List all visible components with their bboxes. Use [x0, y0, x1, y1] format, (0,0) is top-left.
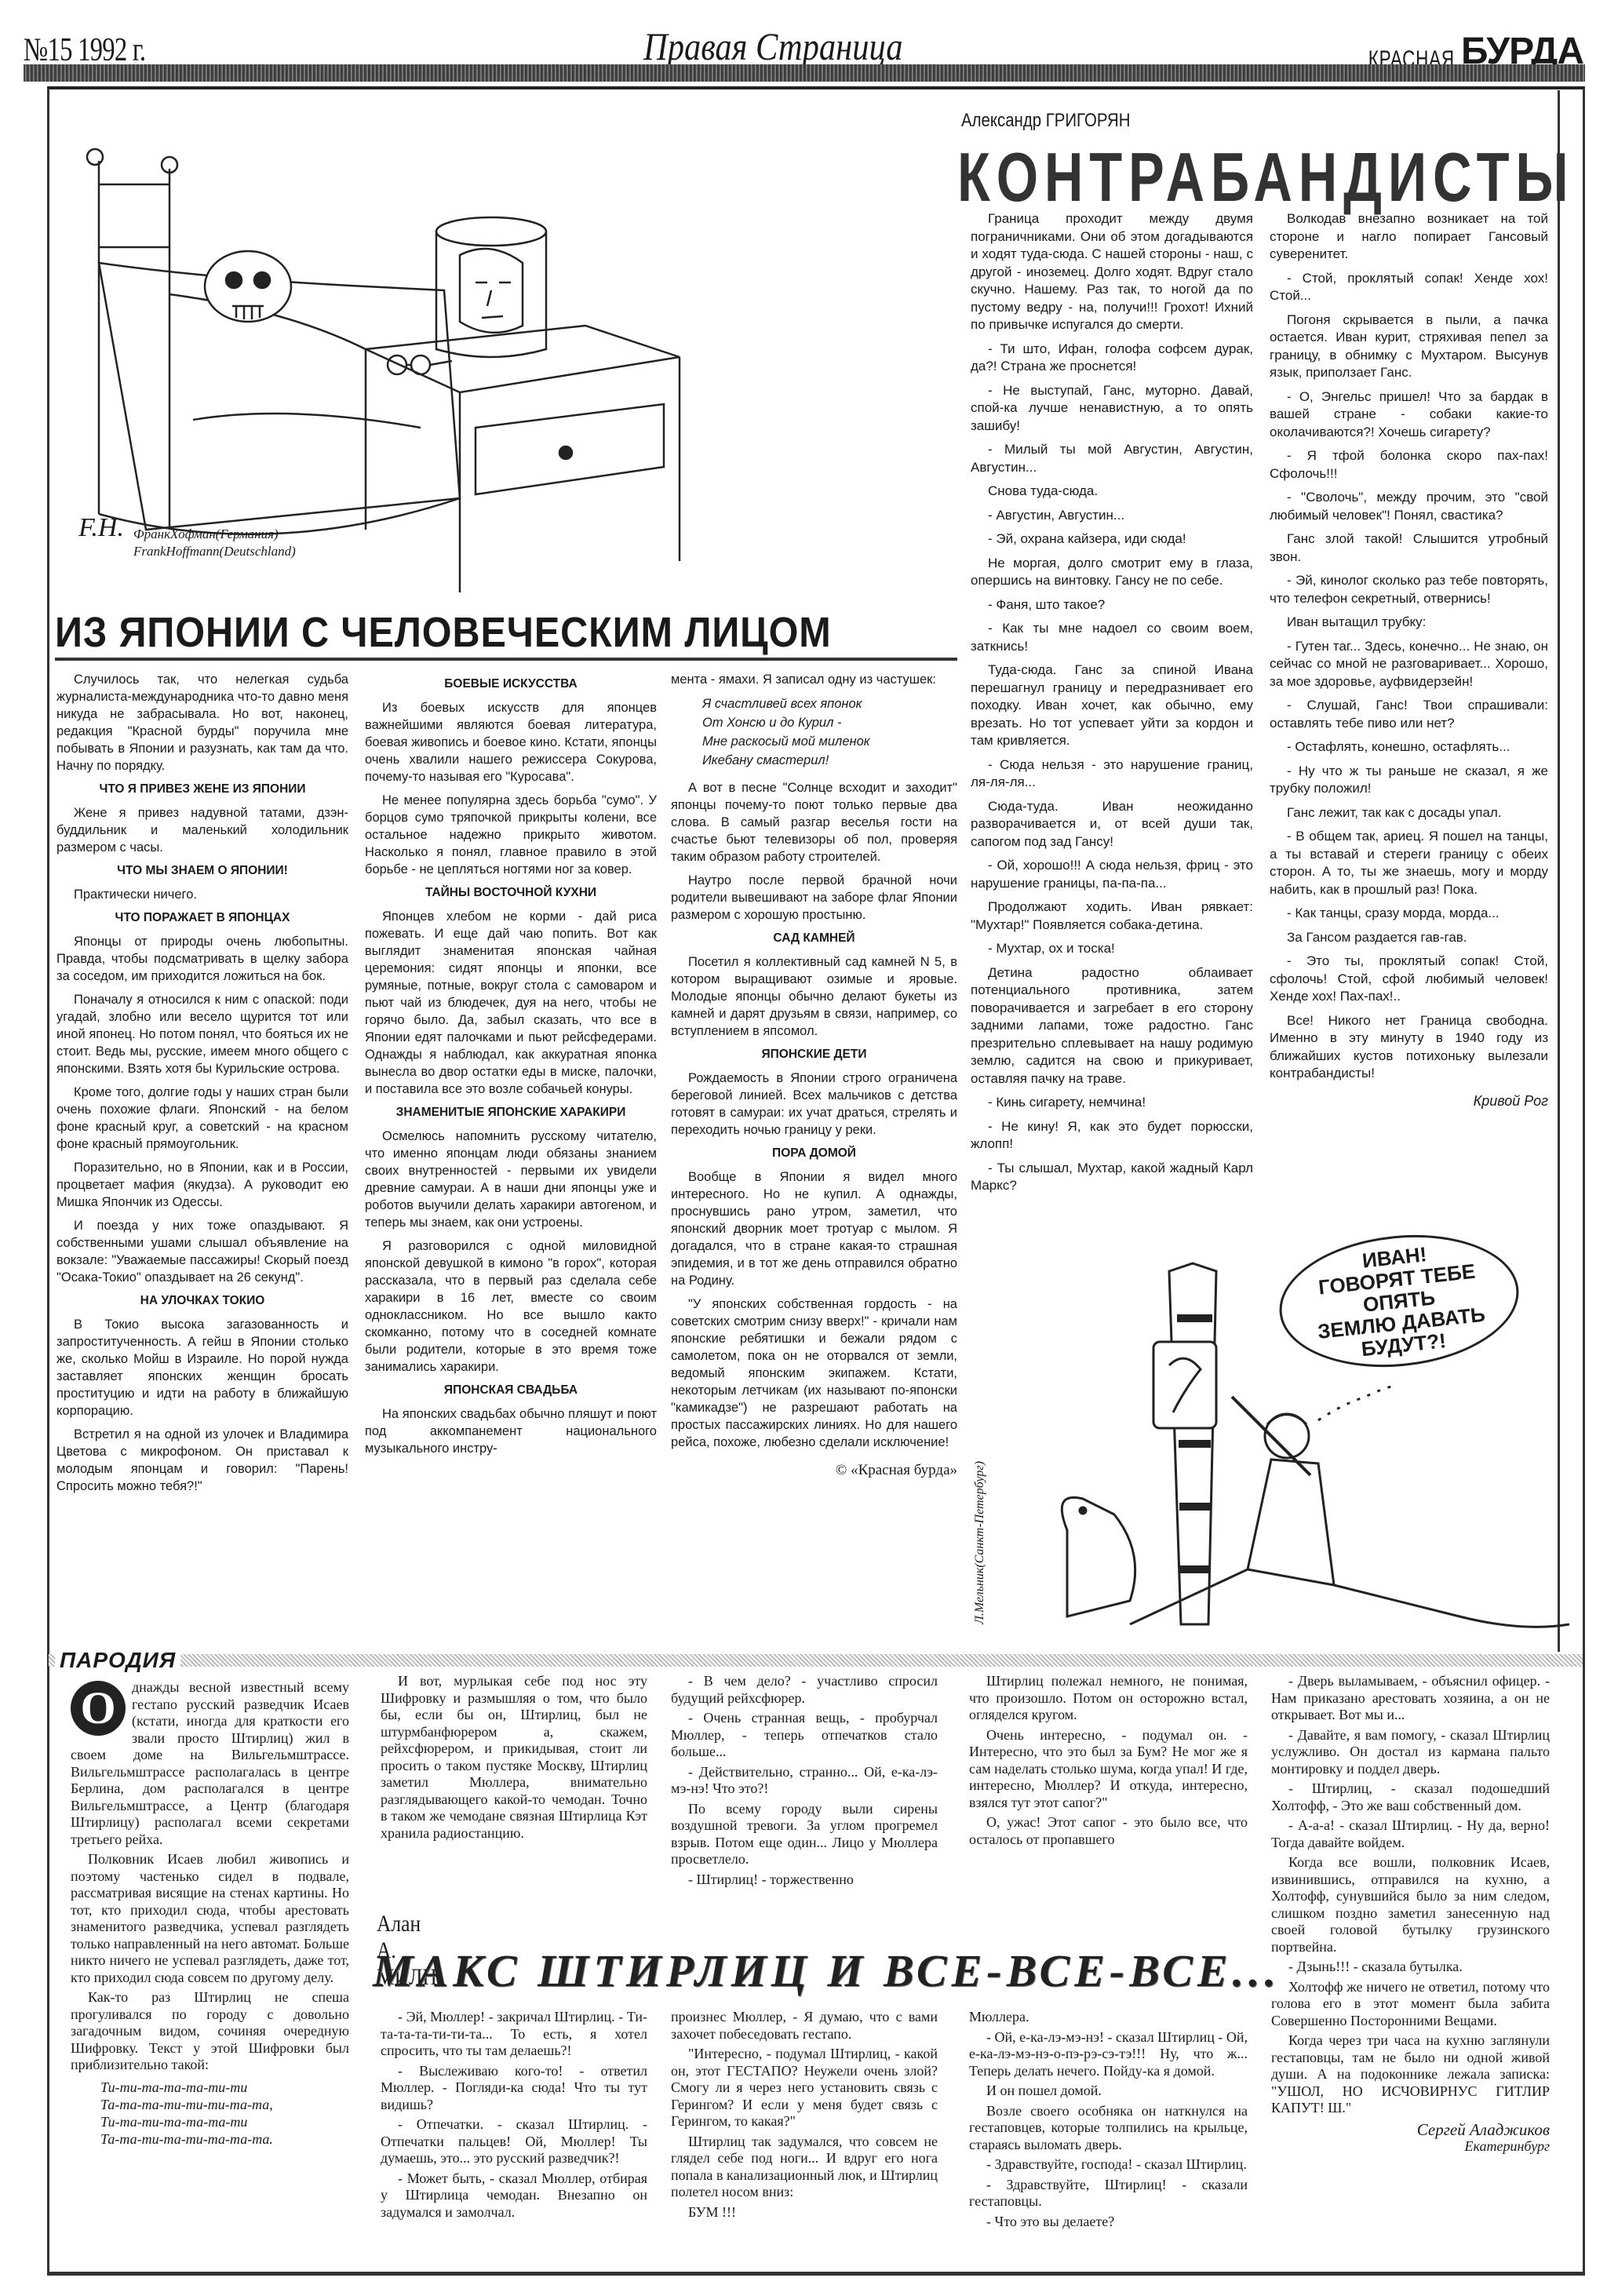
- dog-icon: [1062, 1497, 1135, 1616]
- paragraph: - Здравствуйте, господа! - сказал Штирли…: [969, 2156, 1248, 2174]
- paragraph: Из боевых искусств для японцев важнейшим…: [365, 699, 657, 785]
- paragraph: Сюда-туда. Иван неожиданно разворачивает…: [971, 798, 1253, 851]
- cipher-line: Та-та-ти-та-ти-та-та-та.: [100, 2130, 349, 2148]
- paragraph: Поначалу я относился к ним с опаской: по…: [56, 991, 348, 1077]
- paragraph: А вот в песне "Солнце всходит и заходит"…: [671, 779, 957, 866]
- paragraph: Однажды весной известный всему гестапо р…: [71, 1679, 349, 1848]
- skull-icon: [205, 251, 291, 322]
- paragraph: - Штирлиц! - торжественно: [671, 1871, 938, 1889]
- caption-german: FrankHoffmann(Deutschland): [133, 543, 296, 560]
- japan-column-2: БОЕВЫЕ ИСКУССТВА Из боевых искусств для …: [365, 671, 657, 1463]
- paragraph: - Эй, охрана кайзера, иди сюда!: [971, 530, 1253, 548]
- cartoon-artist-credit: Л.Мельник(Санкт-Петербург): [973, 1461, 987, 1624]
- paragraph: О, ужас! Этот сапог - это было все, что …: [969, 1814, 1248, 1848]
- paragraph: Случилось так, что нелегкая судьба журна…: [56, 671, 348, 774]
- paragraph: Встретил я на одной из улочек и Владимир…: [56, 1426, 348, 1495]
- cipher-line: Та-та-та-ти-ти-ти-та-та,: [100, 2096, 349, 2113]
- drop-cap: О: [71, 1681, 126, 1736]
- subheading: ЧТО Я ПРИВЕЗ ЖЕНЕ ИЗ ЯПОНИИ: [56, 781, 348, 798]
- japan-column-1: Случилось так, что нелегкая судьба журна…: [56, 671, 348, 1501]
- paragraph: - Не выступай, Ганс, муторно. Давай, спо…: [971, 382, 1253, 436]
- parody-column-3-top: - В чем дело? - участливо спросил будущи…: [671, 1673, 938, 1891]
- paragraph: В Токио высока загазованность и запрости…: [56, 1316, 348, 1420]
- subheading: ЧТО МЫ ЗНАЕМ О ЯПОНИИ!: [56, 862, 348, 880]
- issue-number: №15 1992 г.: [24, 31, 145, 69]
- subheading: САД КАМНЕЙ: [671, 930, 957, 947]
- parody-band: [49, 1654, 1583, 1667]
- subheading: ЯПОНСКАЯ СВАДЬБА: [365, 1382, 657, 1399]
- paragraph: Практически ничего.: [56, 886, 348, 903]
- subheading: ЧТО ПОРАЖАЕТ В ЯПОНЦАХ: [56, 909, 348, 927]
- paragraph: мента - ямахи. Я записал одну из частуше…: [671, 671, 957, 688]
- bed-icon: [87, 149, 460, 534]
- verse-line: От Хонсю и до Курил -: [702, 713, 957, 732]
- contra-title: КОНТРАБАНДИСТЫ: [957, 137, 1574, 217]
- paragraph: Когда все вошли, полковник Исаев, извини…: [1271, 1854, 1550, 1955]
- paragraph: - Эй, Мюллер! - закричал Штирлиц. - Ти-т…: [381, 2009, 647, 2060]
- paragraph: Посетил я коллективный сад камней N 5, в…: [671, 953, 957, 1040]
- paragraph: - Дверь выламываем, - объяснил офицер. -…: [1271, 1673, 1550, 1724]
- parody-column-3-bottom: произнес Мюллер, - Я думаю, что с вами з…: [671, 2009, 938, 2224]
- verse-line: Икебану смастерил!: [702, 751, 957, 770]
- subheading: ПОРА ДОМОЙ: [671, 1145, 957, 1162]
- paragraph: "У японских собственная гордость - на со…: [671, 1296, 957, 1451]
- border-post-icon: [1153, 1263, 1216, 1624]
- paragraph: - Как танцы, сразу морда, морда...: [1270, 905, 1548, 923]
- paragraph: И вот, мурлыкая себе под нос эту Шифровк…: [381, 1673, 647, 1842]
- subheading: БОЕВЫЕ ИСКУССТВА: [365, 676, 657, 693]
- paragraph: Волкодав внезапно возникает на той сторо…: [1270, 210, 1548, 264]
- paragraph: - Фаня, што такое?: [971, 596, 1253, 614]
- contra-column-2: Волкодав внезапно возникает на той сторо…: [1270, 210, 1548, 1110]
- paragraph: Японцы от природы очень любопытны. Правд…: [56, 933, 348, 985]
- paragraph: - Штирлиц, - сказал подошедший Холтофф, …: [1271, 1780, 1550, 1814]
- copyright-note: © «Красная бурда»: [671, 1462, 957, 1479]
- paragraph: Продолжают ходить. Иван рявкает: "Мухтар…: [971, 898, 1253, 934]
- parody-column-1: Однажды весной известный всему гестапо р…: [71, 1679, 349, 2148]
- paragraph: Иван вытащил трубку:: [1270, 614, 1548, 632]
- paragraph: - Гутен таг... Здесь, конечно... Не знаю…: [1270, 638, 1548, 691]
- paragraph: - Здравствуйте, Штирлиц! - сказали геста…: [969, 2177, 1248, 2210]
- paragraph: - Очень странная вещь, - пробурчал Мюлле…: [671, 1710, 938, 1761]
- paragraph: Когда через три часа на кухню заглянули …: [1271, 2032, 1550, 2117]
- paragraph: Вообще в Японии я видел много интересног…: [671, 1168, 957, 1289]
- paragraph: БУМ !!!: [671, 2204, 938, 2221]
- subheading: ЯПОНСКИЕ ДЕТИ: [671, 1046, 957, 1063]
- cipher-line: Ти-та-ти-та-та-та-ти: [100, 2113, 349, 2130]
- section-title: Правая Страница: [643, 24, 902, 69]
- verse-line: Мне раскосый мой миленок: [702, 732, 957, 751]
- paragraph: - Выслеживаю кого-то! - ответил Мюллер. …: [381, 2063, 647, 2114]
- paragraph: произнес Мюллер, - Я думаю, что с вами з…: [671, 2009, 938, 2043]
- paragraph: - Дзынь!!! - сказала бутылка.: [1271, 1959, 1550, 1976]
- paragraph: - В общем так, ариец. Я пошел на танцы, …: [1270, 828, 1548, 898]
- paragraph: Очень интересно, - подумал он. - Интерес…: [969, 1727, 1248, 1812]
- paragraph: Возле своего особняка он наткнулся на ге…: [969, 2103, 1248, 2154]
- paragraph: - Остафлять, конешно, остафлять...: [1270, 738, 1548, 756]
- paragraph: - Ой, е-ка-лэ-мэ-нэ! - сказал Штирлиц - …: [969, 2029, 1248, 2080]
- parody-column-4-bottom: Мюллера. - Ой, е-ка-лэ-мэ-нэ! - сказал Ш…: [969, 2009, 1248, 2233]
- paragraph: Поразительно, но в Японии, как и в Росси…: [56, 1159, 348, 1211]
- verse-line: Я счастливей всех японок: [702, 694, 957, 713]
- paragraph: - Я тфой болонка скоро пах-пах! Сфолочь!…: [1270, 447, 1548, 483]
- caption-russian: ФранкХофман(Германия): [133, 526, 296, 543]
- paragraph: - Милый ты мой Августин, Августин, Авгус…: [971, 441, 1253, 476]
- paragraph: - А-а-а! - сказал Штирлиц. - Ну да, верн…: [1271, 1817, 1550, 1851]
- paragraph: - О, Энгельс пришел! Что за бардак в ваш…: [1270, 388, 1548, 442]
- thought-dots-icon: [1318, 1385, 1397, 1420]
- paragraph: Холтофф же ничего не ответил, потому что…: [1271, 1979, 1550, 2030]
- parody-column-2-top: И вот, мурлыкая себе под нос эту Шифровк…: [381, 1673, 647, 1845]
- contra-place: Кривой Рог: [1270, 1092, 1548, 1110]
- japan-column-3: мента - ямахи. Я записал одну из частуше…: [671, 671, 957, 1479]
- paragraph: - Как ты мне надоел со своим воем, заткн…: [971, 620, 1253, 655]
- caption-monogram: F.H.: [78, 519, 124, 537]
- paragraph: - Кинь сигарету, немчина!: [971, 1094, 1253, 1112]
- paragraph: - Давайте, я вам помогу, - сказал Штирли…: [1271, 1727, 1550, 1778]
- paragraph: "Интересно, - подумал Штирлиц, - какой о…: [671, 2046, 938, 2130]
- paragraph: Мюллера.: [969, 2009, 1248, 2026]
- paragraph: На японских свадьбах обычно пляшут и пою…: [365, 1405, 657, 1457]
- paragraph: - Сюда нельзя - это нарушение границ, ля…: [971, 756, 1253, 792]
- paragraph: Японцев хлебом не корми - дай риса пожев…: [365, 908, 657, 1098]
- paragraph: - Эй, кинолог сколько раз тебе повторять…: [1270, 572, 1548, 607]
- subheading: ТАЙНЫ ВОСТОЧНОЙ КУХНИ: [365, 884, 657, 902]
- paragraph: Жене я привез надувной татами, дзэн-будд…: [56, 804, 348, 856]
- contra-author: Александр ГРИГОРЯН: [961, 110, 1130, 132]
- paragraph: Ганс злой такой! Слышится утробный звон.: [1270, 530, 1548, 566]
- subheading: ЗНАМЕНИТЫЕ ЯПОНСКИЕ ХАРАКИРИ: [365, 1104, 657, 1121]
- paragraph: - Ти што, Ифан, голофа софсем дурак, да?…: [971, 341, 1253, 376]
- paragraph: И он пошел домой.: [969, 2083, 1248, 2100]
- parody-column-2-bottom: - Эй, Мюллер! - закричал Штирлиц. - Ти-т…: [381, 2009, 647, 2224]
- parody-signature: Сергей Аладжиков: [1271, 2122, 1550, 2139]
- parody-column-5: - Дверь выламываем, - объяснил офицер. -…: [1271, 1673, 1550, 2156]
- verse: Я счастливей всех японок От Хонсю и до К…: [702, 694, 957, 770]
- paragraph: - Стой, проклятый сопак! Хенде хох! Стой…: [1270, 270, 1548, 305]
- paragraph: Не менее популярна здесь борьба "сумо". …: [365, 792, 657, 878]
- cipher-text: Ти-ти-та-та-та-ти-ти Та-та-та-ти-ти-ти-т…: [100, 2079, 349, 2148]
- paragraph: - Мухтар, ох и тоска!: [971, 940, 1253, 958]
- paragraph: Снова туда-сюда.: [971, 483, 1253, 501]
- paragraph: - Это ты, проклятый сопак! Стой, сфолочь…: [1270, 953, 1548, 1006]
- paragraph: По всему городу выли сирены воздушной тр…: [671, 1801, 938, 1868]
- eyeglasses-icon: [388, 355, 452, 374]
- bottom-rule: [49, 2272, 1583, 2275]
- paragraph: Рождаемость в Японии строго ограничена б…: [671, 1070, 957, 1139]
- parody-city: Екатеринбург: [1271, 2138, 1550, 2156]
- paragraph: Штирлиц полежал немного, не понимая, что…: [969, 1673, 1248, 1724]
- title-rule: [55, 658, 957, 661]
- parody-column-4-top: Штирлиц полежал немного, не понимая, что…: [969, 1673, 1248, 1851]
- illustration-caption: F.H. ФранкХофман(Германия) FrankHoffmann…: [133, 526, 296, 560]
- milne-title: МАКС ШТИРЛИЦ И ВСЕ-ВСЕ-ВСЕ...: [373, 1944, 1281, 1997]
- paragraph: Осмелюсь напомнить русскому читателю, чт…: [365, 1128, 657, 1231]
- paragraph: Штирлиц так задумался, что совсем не гля…: [671, 2134, 938, 2201]
- paragraph: - Что это вы делаете?: [969, 2214, 1248, 2231]
- paragraph: И поезда у них тоже опаздывают. Я собств…: [56, 1217, 348, 1286]
- cipher-line: Ти-ти-та-та-та-ти-ти: [100, 2079, 349, 2096]
- paragraph: Туда-сюда. Ганс за спиной Ивана перешагн…: [971, 661, 1253, 750]
- paragraph: Детина радостно облаивает потенциального…: [971, 964, 1253, 1088]
- parody-label: ПАРОДИЯ: [55, 1648, 180, 1673]
- paragraph: - Слушай, Ганс! Твои спрашивали: оставля…: [1270, 697, 1548, 732]
- paragraph: Все! Никого нет Граница свободна. Именно…: [1270, 1012, 1548, 1083]
- paragraph: Ганс лежит, так как с досады упал.: [1270, 804, 1548, 822]
- paragraph: Кроме того, долгие годы у наших стран бы…: [56, 1084, 348, 1153]
- paragraph: Как-то раз Штирлиц не спеша прогуливался…: [71, 1989, 349, 2074]
- subheading: НА УЛОЧКАХ ТОКИО: [56, 1292, 348, 1310]
- paragraph: Я разговорился с одной миловидной японск…: [365, 1237, 657, 1376]
- paragraph: За Гансом раздается гав-гав.: [1270, 929, 1548, 947]
- paragraph: - В чем дело? - участливо спросил будущи…: [671, 1673, 938, 1707]
- paragraph: - Не кину! Я, как это будет порюсски, жл…: [971, 1118, 1253, 1153]
- paragraph: Полковник Исаев любил живопись и поэтому…: [71, 1851, 349, 1986]
- paragraph: Наутро после первой брачной ночи родител…: [671, 872, 957, 924]
- paragraph: - "Сволочь", между прочим, это "свой люб…: [1270, 489, 1548, 524]
- paragraph: - Отпечатки. - сказал Штирлиц. - Отпечат…: [381, 2116, 647, 2167]
- contra-column-1: Граница проходит между двумя пограничник…: [971, 210, 1253, 1201]
- nightstand-icon: [366, 326, 680, 592]
- paragraph: - Действительно, странно... Ой, е-ка-лэ-…: [671, 1764, 938, 1798]
- paragraph: - Ой, хорошо!!! А сюда нельзя, фриц - эт…: [971, 857, 1253, 892]
- paragraph: Погоня скрывается в пыли, а пачка остает…: [1270, 312, 1548, 382]
- paragraph: - Может быть, - сказал Мюллер, отбирая у…: [381, 2170, 647, 2221]
- paragraph: Не моргая, долго смотрит ему в глаза, оп…: [971, 555, 1253, 590]
- paragraph: - Ну что ж ты раньше не сказал, я же тру…: [1270, 763, 1548, 798]
- paragraph: - Ты слышал, Мухтар, какой жадный Карл М…: [971, 1160, 1253, 1195]
- paragraph: Граница проходит между двумя пограничник…: [971, 210, 1253, 334]
- paragraph: - Августин, Августин...: [971, 507, 1253, 525]
- japan-article-title: ИЗ ЯПОНИИ С ЧЕЛОВЕЧЕСКИМ ЛИЦОМ: [55, 608, 867, 657]
- masthead-bar: [24, 64, 1585, 82]
